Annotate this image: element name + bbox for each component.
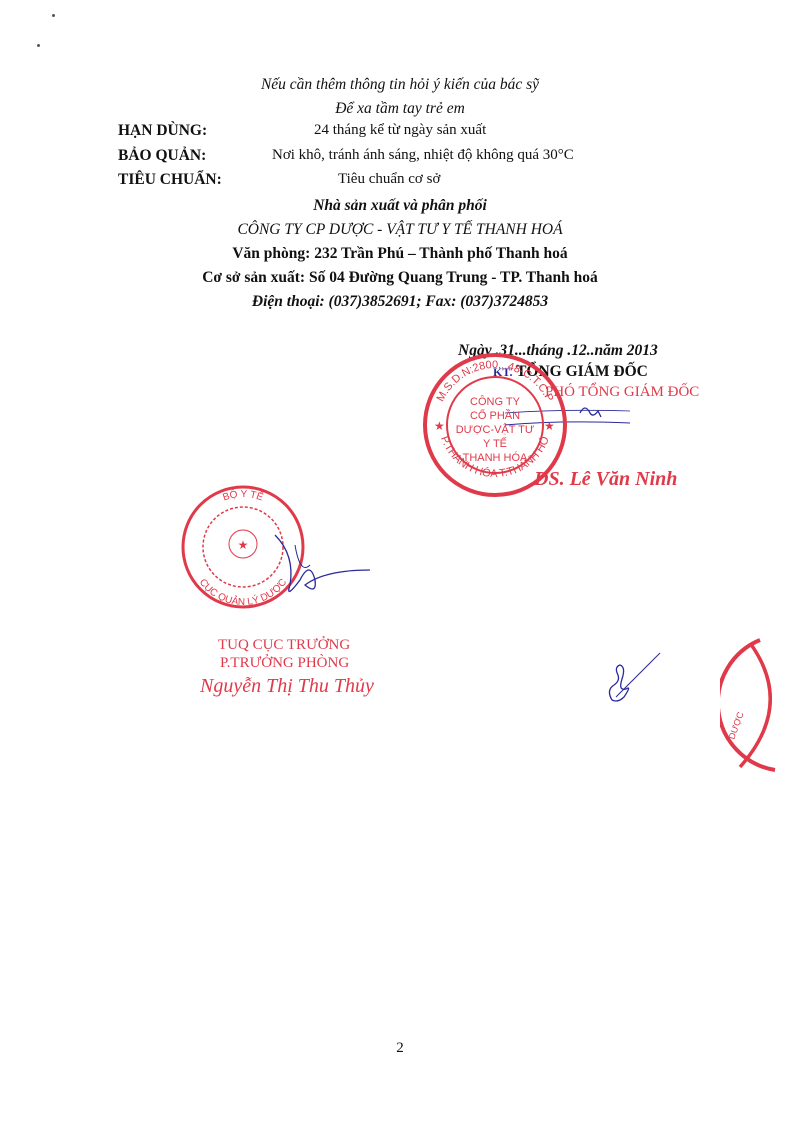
scan-speck (37, 44, 40, 47)
field-value: Nơi khô, tránh ánh sáng, nhiệt độ không … (272, 147, 574, 164)
svg-text:★: ★ (544, 419, 555, 433)
manufacturer-heading: Nhà sản xuất và phân phối (0, 197, 800, 215)
approval-signature-icon (255, 525, 375, 605)
factory-address: Cơ sở sản xuất: Số 04 Đường Quang Trung … (0, 269, 800, 287)
field-label: BẢO QUẢN: (118, 147, 206, 165)
svg-text:THANH HÓA: THANH HÓA (463, 451, 528, 464)
approval-line2: P.TRƯỞNG PHÒNG (220, 655, 349, 672)
scan-speck (52, 14, 55, 17)
approval-line1: TUQ CỤC TRƯỞNG (218, 637, 350, 654)
field-label: HẠN DÙNG: (118, 122, 207, 140)
note-doctor: Nếu cần thêm thông tin hỏi ý kiến của bá… (0, 76, 800, 94)
page-number: 2 (0, 1040, 800, 1057)
svg-text:CỔ PHẦN: CỔ PHẦN (470, 409, 520, 422)
company-name: CÔNG TY CP DƯỢC - VẬT TƯ Y TẾ THANH HOÁ (0, 221, 800, 239)
approval-signer: Nguyễn Thị Thu Thủy (200, 675, 374, 698)
svg-text:DƯỢC: DƯỢC (726, 710, 745, 741)
edge-stamp: DƯỢC (720, 635, 800, 775)
svg-text:DƯỢC-VẬT TƯ: DƯỢC-VẬT TƯ (456, 423, 535, 436)
field-value: 24 tháng kể từ ngày sản xuất (314, 122, 486, 139)
svg-text:Y TẾ: Y TẾ (483, 437, 507, 450)
contact-info: Điện thoại: (037)3852691; Fax: (037)3724… (0, 293, 800, 311)
field-value: Tiêu chuẩn cơ sở (338, 171, 440, 188)
field-label: TIÊU CHUẨN: (118, 171, 222, 189)
svg-text:★: ★ (434, 419, 445, 433)
office-address: Văn phòng: 232 Trần Phú – Thành phố Than… (0, 245, 800, 263)
side-signature-icon (598, 645, 668, 705)
signer-name: DS. Lê Văn Ninh (534, 468, 677, 491)
svg-text:★: ★ (238, 538, 249, 552)
note-children: Để xa tầm tay trẻ em (0, 100, 800, 118)
svg-text:CÔNG TY: CÔNG TY (470, 395, 521, 408)
